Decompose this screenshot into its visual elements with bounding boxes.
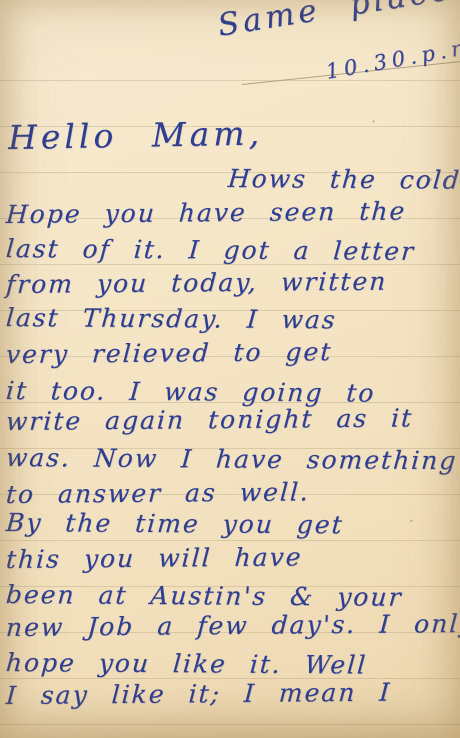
letter-line: hope you like it. Well: [5, 648, 368, 680]
letter-paper: Same place 10.30.p.m. Hello Mam, Hows th…: [0, 0, 460, 738]
letter-line: to answer as well.: [5, 477, 311, 509]
paper-speck: [372, 120, 375, 123]
paper-speck: [410, 520, 413, 522]
letter-line: last of it. I got a letter: [5, 234, 416, 266]
letter-line: Hope you have seen the: [5, 197, 407, 229]
letter-line: from you today, written: [5, 267, 388, 299]
letter-line: I say like it; I mean I: [5, 678, 392, 710]
letter-line: it too. I was going to: [5, 376, 377, 408]
letter-line: Hows the cold: [227, 164, 460, 195]
letter-place-line: Same place: [215, 0, 455, 44]
letter-line: been at Austin's & your: [5, 580, 404, 612]
letter-line: write again tonight as it: [5, 403, 414, 436]
letter-line: new Job a few day's. I only: [5, 609, 460, 642]
letter-line: last Thursday. I was: [5, 303, 338, 334]
letter-greeting: Hello Mam,: [8, 114, 264, 157]
letter-line: very relieved to get: [5, 337, 333, 369]
letter-line: this you will have: [5, 542, 303, 574]
letter-line: By the time you get: [5, 508, 345, 539]
letter-time-line: 10.30.p.m.: [324, 32, 460, 84]
letter-line: was. Now I have something: [5, 443, 459, 475]
